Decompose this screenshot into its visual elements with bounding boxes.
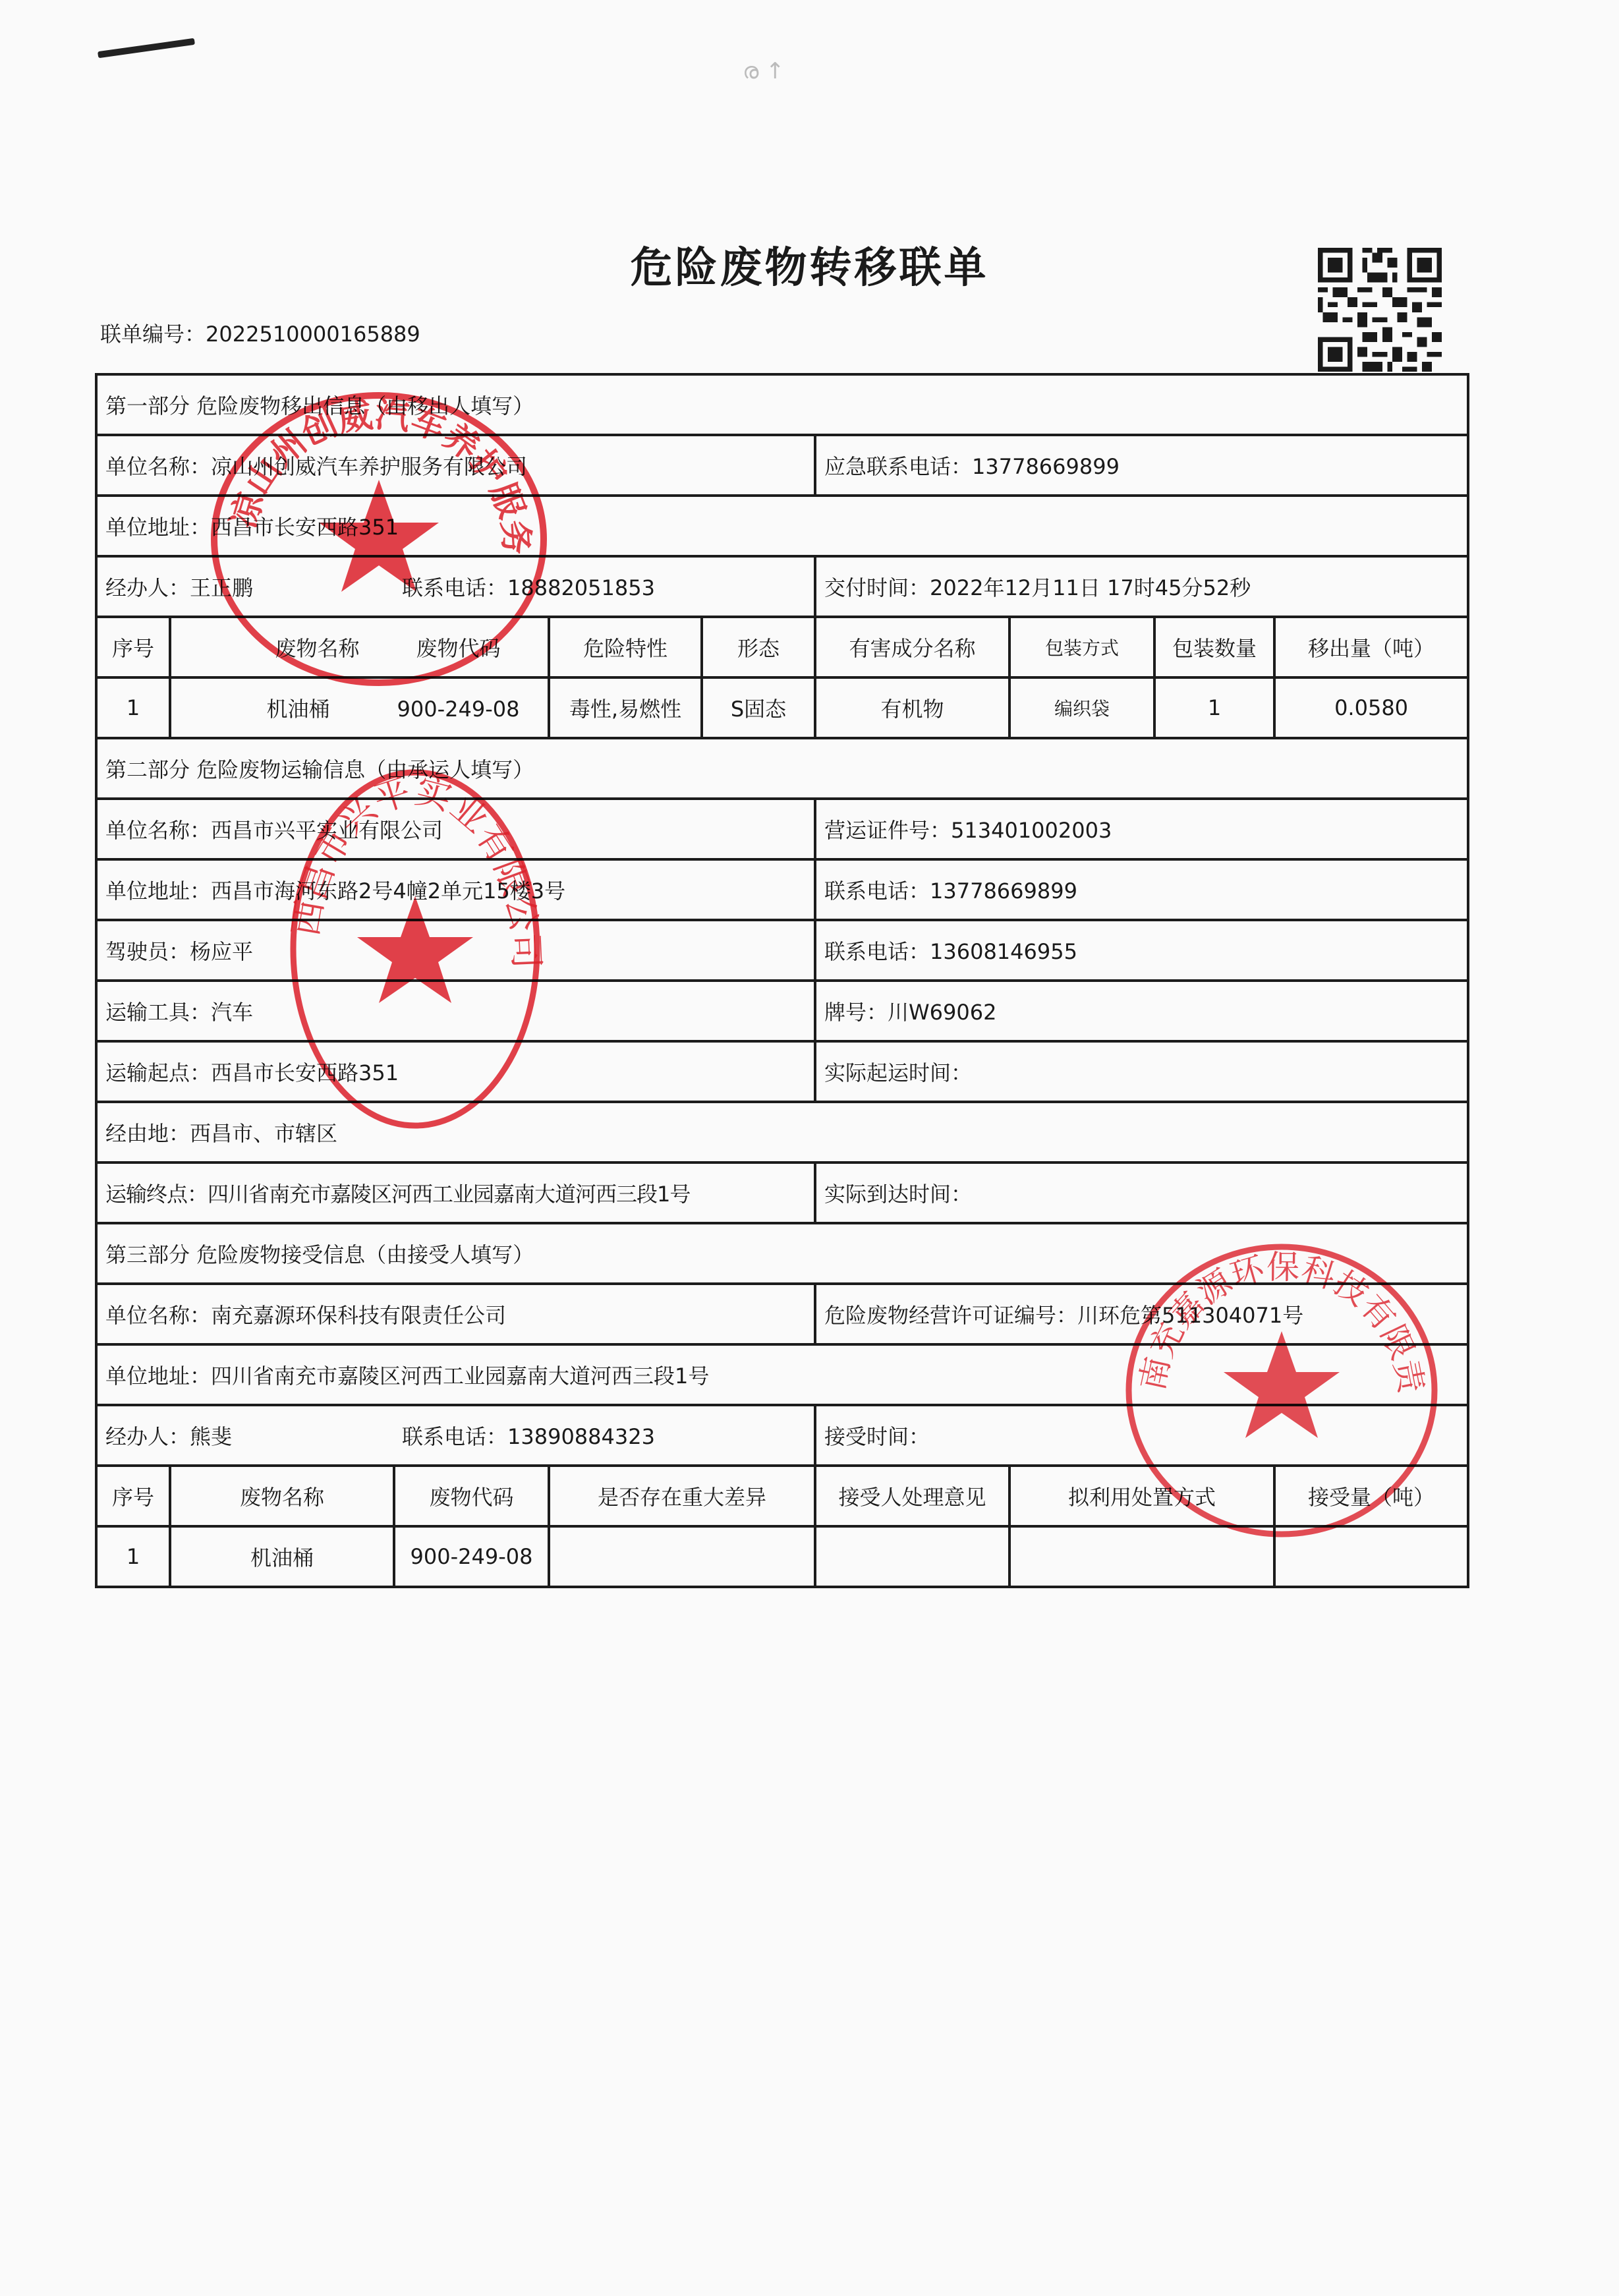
cell-major-discrepancy bbox=[549, 1526, 815, 1587]
form-number-label: 联单编号： bbox=[100, 322, 206, 347]
part1-handover-time: 交付时间：2022年12月11日 17时45分52秒 bbox=[815, 556, 1468, 617]
form-number-value: 2022510000165889 bbox=[206, 322, 420, 347]
cell-receiver-opinion bbox=[815, 1526, 1009, 1587]
part1-handler-cell: 经办人：王正鹏联系电话：18882051853 bbox=[96, 556, 815, 617]
col-header: 包装数量 bbox=[1154, 617, 1274, 677]
col-header: 有害成分名称 bbox=[815, 617, 1009, 677]
faint-scan-mark: ര ↑ bbox=[743, 58, 785, 84]
part2-destination: 运输终点：四川省南充市嘉陵区河西工业园嘉南大道河西三段1号 bbox=[96, 1162, 815, 1223]
cell-waste-name: 机油桶 bbox=[200, 693, 397, 723]
part2-actual-departure: 实际起运时间： bbox=[815, 1041, 1468, 1102]
part3-handler: 经办人：熊斐 bbox=[105, 1420, 402, 1450]
col-header: 接受量（吨） bbox=[1274, 1466, 1468, 1526]
cell-quantity: 0.0580 bbox=[1274, 677, 1468, 738]
cell-waste-code: 900-249-08 bbox=[397, 697, 520, 722]
part2-unit-name: 单位名称：西昌市兴平实业有限公司 bbox=[96, 799, 815, 859]
cell-hazard: 毒性,易燃性 bbox=[549, 677, 702, 738]
cell-waste-code: 900-249-08 bbox=[394, 1526, 549, 1587]
col-header: 废物名称 bbox=[170, 1466, 394, 1526]
part2-actual-arrival: 实际到达时间： bbox=[815, 1162, 1468, 1223]
cell-harmful-component: 有机物 bbox=[815, 677, 1009, 738]
col-header: 形态 bbox=[702, 617, 815, 677]
cell-seq: 1 bbox=[96, 1526, 170, 1587]
table-row: 1 机油桶 900-249-08 bbox=[96, 1526, 1468, 1587]
col-header: 是否存在重大差异 bbox=[549, 1466, 815, 1526]
part3-heading: 第三部分 危险废物接受信息（由接受人填写） bbox=[96, 1223, 1468, 1284]
col-header: 移出量（吨） bbox=[1274, 617, 1468, 677]
manifest-table: 第一部分 危险废物移出信息（由移出人填写） 单位名称：凉山州创威汽车养护服务有限… bbox=[95, 373, 1469, 1588]
part1-unit-address: 单位地址：西昌市长安西路351 bbox=[96, 496, 1468, 556]
part2-unit-address: 单位地址：西昌市海河东路2号4幢2单元15楼3号 bbox=[96, 859, 815, 920]
col-header: 废物名称 bbox=[218, 632, 416, 662]
part2-license-no: 营运证件号：513401002003 bbox=[815, 799, 1468, 859]
col-header-name-code: 废物名称废物代码 bbox=[170, 617, 549, 677]
part1-contact-phone: 联系电话：18882051853 bbox=[402, 575, 655, 600]
part3-handler-cell: 经办人：熊斐联系电话：13890884323 bbox=[96, 1405, 815, 1466]
part2-vehicle: 运输工具：汽车 bbox=[96, 981, 815, 1041]
cell-package-count: 1 bbox=[1154, 677, 1274, 738]
cell-packaging: 编织袋 bbox=[1009, 677, 1154, 738]
form-number: 联单编号：2022510000165889 bbox=[100, 318, 420, 348]
part3-contact-phone: 联系电话：13890884323 bbox=[402, 1424, 655, 1449]
part3-receive-time: 接受时间： bbox=[815, 1405, 1468, 1466]
cell-waste-name: 机油桶 bbox=[170, 1526, 394, 1587]
col-header: 拟利用处置方式 bbox=[1009, 1466, 1274, 1526]
cell-form: S固态 bbox=[702, 677, 815, 738]
cell-seq: 1 bbox=[96, 677, 170, 738]
cell-name-code: 机油桶900-249-08 bbox=[170, 677, 549, 738]
scan-mark bbox=[98, 38, 195, 59]
part2-driver-phone: 联系电话：13608146955 bbox=[815, 920, 1468, 981]
col-header: 序号 bbox=[96, 617, 170, 677]
part1-emergency-phone: 应急联系电话：13778669899 bbox=[815, 435, 1468, 496]
part1-unit-name: 单位名称：凉山州创威汽车养护服务有限公司 bbox=[96, 435, 815, 496]
cell-disposal-method bbox=[1009, 1526, 1274, 1587]
col-header: 包装方式 bbox=[1009, 617, 1154, 677]
table-row: 1 机油桶900-249-08 毒性,易燃性 S固态 有机物 编织袋 1 0.0… bbox=[96, 677, 1468, 738]
col-header: 废物代码 bbox=[416, 636, 500, 661]
col-header: 废物代码 bbox=[394, 1466, 549, 1526]
part2-heading: 第二部分 危险废物运输信息（由承运人填写） bbox=[96, 738, 1468, 799]
part3-unit-address: 单位地址：四川省南充市嘉陵区河西工业园嘉南大道河西三段1号 bbox=[96, 1344, 1468, 1405]
part1-heading: 第一部分 危险废物移出信息（由移出人填写） bbox=[96, 374, 1468, 435]
qr-code-icon bbox=[1315, 248, 1444, 372]
cell-received-quantity bbox=[1274, 1526, 1468, 1587]
part2-driver: 驾驶员：杨应平 bbox=[96, 920, 815, 981]
part2-contact-phone: 联系电话：13778669899 bbox=[815, 859, 1468, 920]
part1-handler: 经办人：王正鹏 bbox=[105, 571, 402, 602]
col-header: 序号 bbox=[96, 1466, 170, 1526]
part2-plate: 牌号：川W69062 bbox=[815, 981, 1468, 1041]
part2-route: 经由地：西昌市、市辖区 bbox=[96, 1102, 1468, 1162]
part3-table-header: 序号 废物名称 废物代码 是否存在重大差异 接受人处理意见 拟利用处置方式 接受… bbox=[96, 1466, 1468, 1526]
part2-origin: 运输起点：西昌市长安西路351 bbox=[96, 1041, 815, 1102]
part3-unit-name: 单位名称：南充嘉源环保科技有限责任公司 bbox=[96, 1284, 815, 1344]
col-header: 接受人处理意见 bbox=[815, 1466, 1009, 1526]
part3-permit-no: 危险废物经营许可证编号：川环危第511304071号 bbox=[815, 1284, 1468, 1344]
part1-table-header: 序号 废物名称废物代码 危险特性 形态 有害成分名称 包装方式 包装数量 移出量… bbox=[96, 617, 1468, 677]
part1-heading-row: 第一部分 危险废物移出信息（由移出人填写） bbox=[96, 374, 1468, 435]
col-header: 危险特性 bbox=[549, 617, 702, 677]
